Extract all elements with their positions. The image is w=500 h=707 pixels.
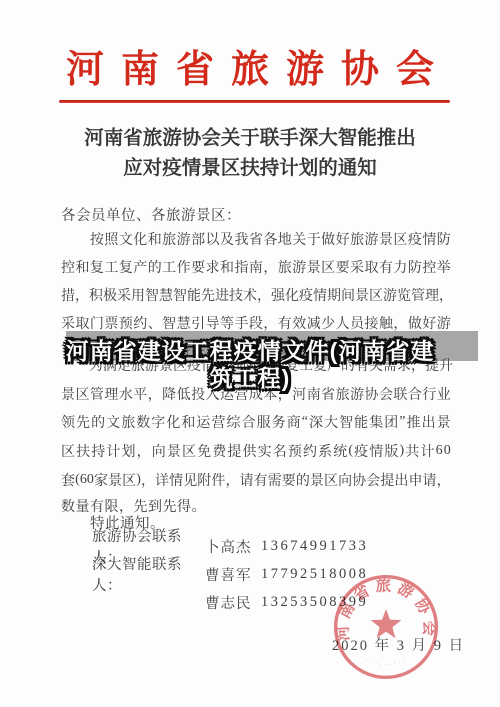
contact-name: 曹喜军 [205,564,261,585]
doc-title-line2: 应对疫情景区扶持计划的通知 [40,154,460,184]
text-line: 区扶持计划，向景区免费提供实名预约系统(疫情版)共计60 [61,437,451,466]
seal-star-icon [371,609,402,638]
letterhead-rule [59,100,450,103]
contact-name: 卜高杰 [205,536,261,557]
letterhead-org-name: 河南省旅游协会 [0,45,500,95]
text-line: 套(60家景区)，详情见附件，请有需要的景区向协会提出申请， [61,465,451,494]
text-line: 领先的文旅数字化和运营综合服务商“深大智能集团”推出景 [61,408,451,437]
contact-name: 曹志民 [205,592,261,613]
doc-title: 河南省旅游协会关于联手深大智能推出 应对疫情景区扶持计划的通知 [40,124,460,183]
contact-phone: 13674991733 [261,538,368,555]
notice-document: 河南省旅游协会 河南省旅游协会关于联手深大智能推出 应对疫情景区扶持计划的通知 … [0,0,500,707]
text-line: 措，积极采用智慧智能先进技术，强化疫情期间景区游览管理， [61,281,451,309]
contacts-block: 旅游协会联系人：卜高杰13674991733深大智能联系人：曹喜军1779251… [92,532,368,616]
salutation-text: 各会员单位、各旅游景区： [61,204,241,225]
svg-text:· · · · · · · · ·: · · · · · · · · · [365,657,407,668]
seal-bottom-marks: · · · · · · · · · [365,657,407,668]
contact-label: 深大智能联系人： [92,553,205,595]
text-line: 控和复工复产的工作要求和指南，旅游景区要采取有力防控举 [61,253,451,281]
doc-title-line1: 河南省旅游协会关于联手深大智能推出 [40,124,460,154]
text-line: 按照文化和旅游部以及我省各地关于做好旅游景区疫情防 [61,225,451,253]
contact-row: 深大智能联系人：曹喜军17792518008 [92,560,368,588]
watermark-title-line2: 筑工程) [0,360,500,393]
official-seal: 河南省旅游协会 · · · · · · · · · [329,570,443,684]
